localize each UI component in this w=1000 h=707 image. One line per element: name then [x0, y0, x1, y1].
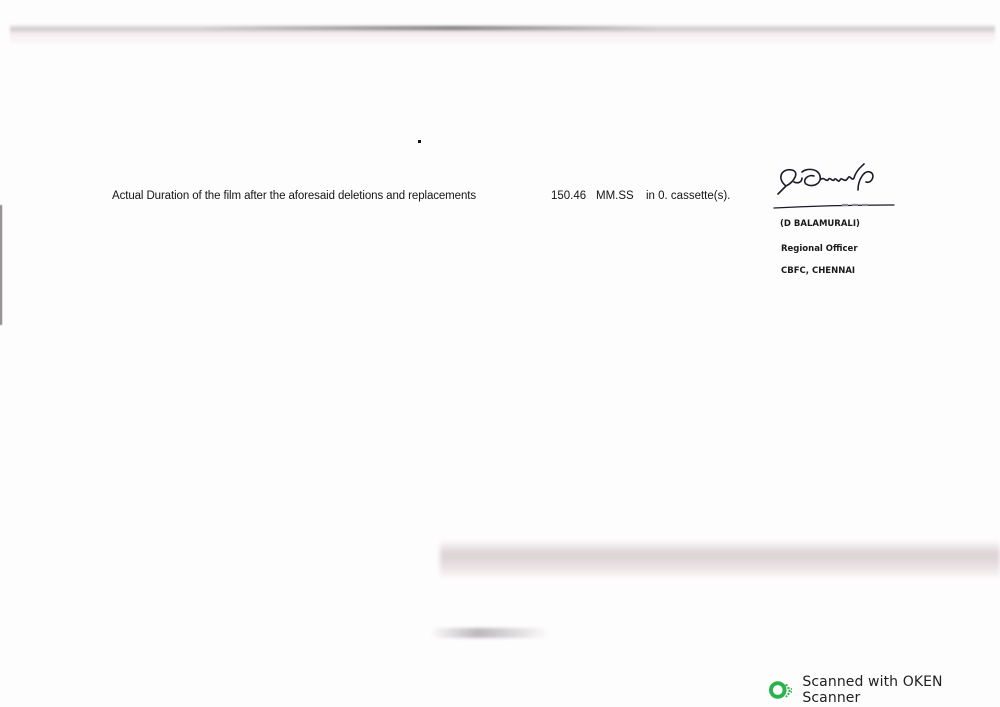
signatory-name: (D BALAMURALI) — [780, 219, 860, 229]
signatory-title: Regional Officer — [781, 244, 858, 254]
scan-fold-shadow — [440, 540, 1000, 580]
scanned-page: Actual Duration of the film after the af… — [0, 0, 1000, 707]
oken-scanner-logo-icon — [769, 680, 792, 700]
duration-label: Actual Duration of the film after the af… — [112, 190, 476, 202]
scan-speck — [418, 140, 421, 143]
duration-value: 150.46 — [551, 190, 586, 202]
scanner-watermark: Scanned with OKEN Scanner — [769, 674, 1000, 706]
scan-fold-shadow-small — [430, 628, 550, 638]
scan-edge-shadow — [200, 26, 660, 30]
signature-icon — [772, 160, 897, 212]
signatory-office: CBFC, CHENNAI — [781, 266, 855, 276]
duration-unit: MM.SS — [596, 190, 634, 202]
cassette-count: in 0. cassette(s). — [646, 190, 730, 202]
scanner-label: Scanned with OKEN Scanner — [802, 674, 1000, 706]
scan-left-edge — [0, 205, 2, 325]
